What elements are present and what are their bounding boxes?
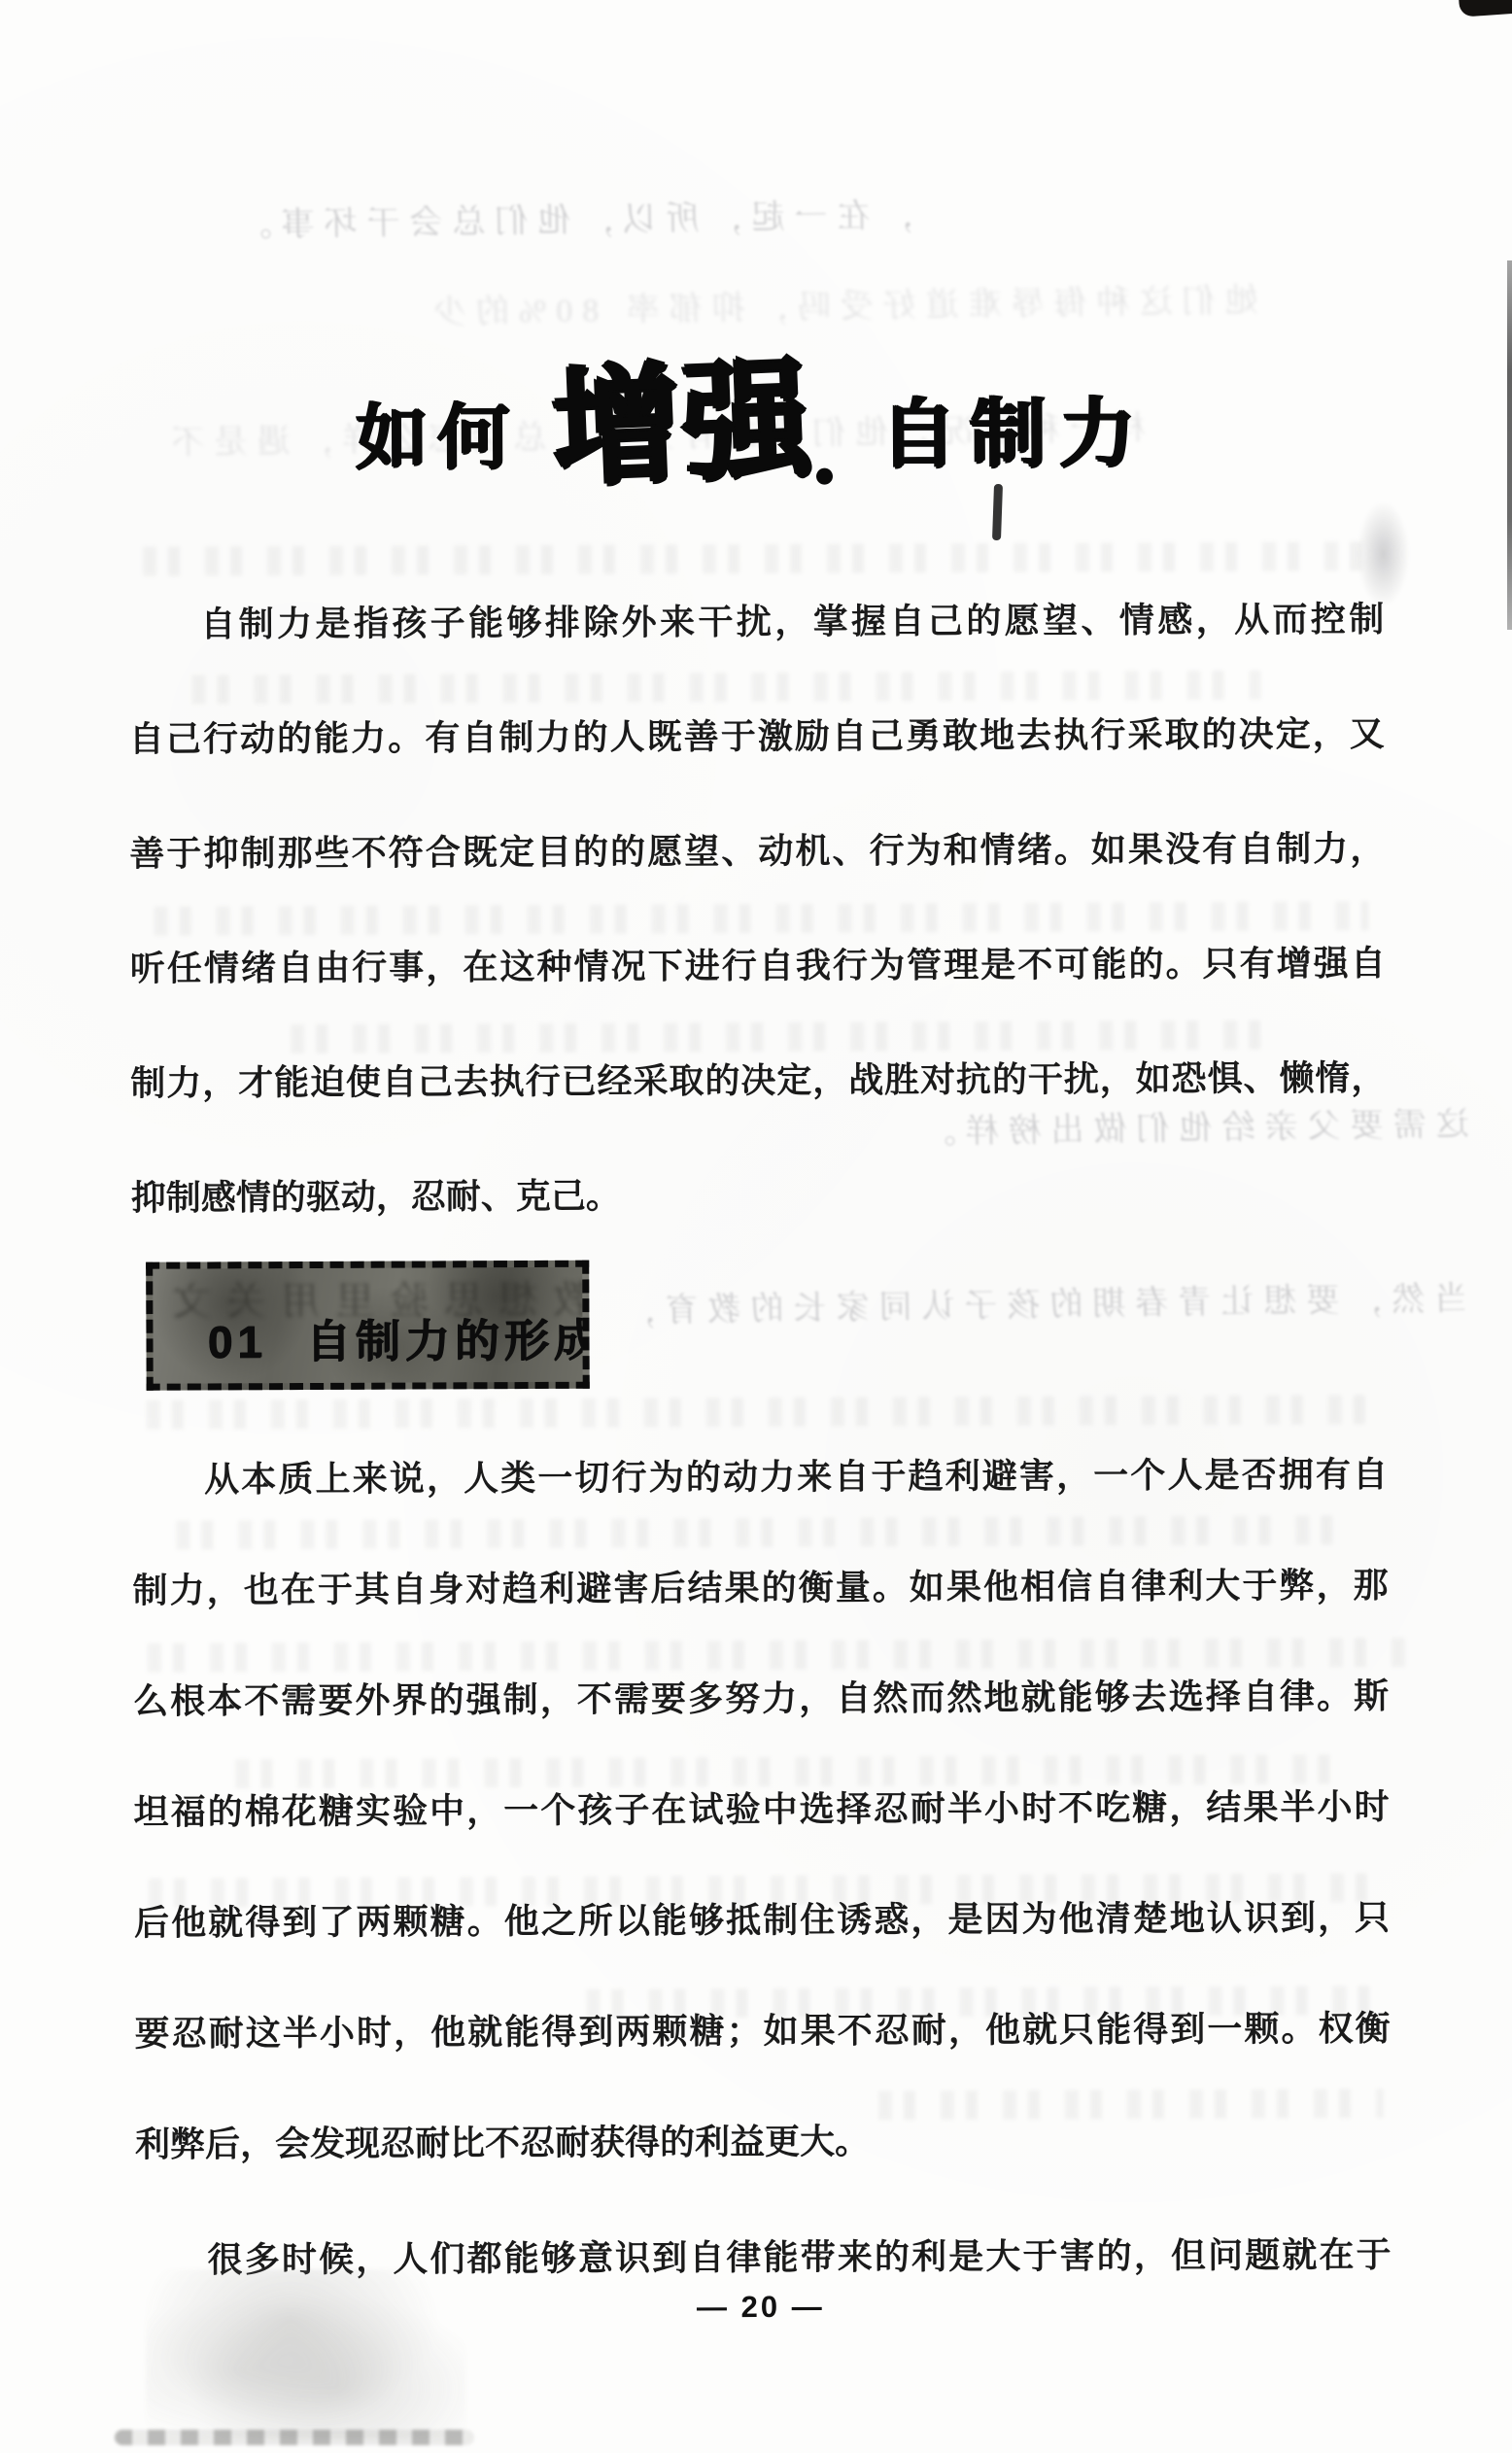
body-line: 后他就得到了两颗糖。他之所以能够抵制住诱惑，是因为他清楚地认识到，只 [134,1859,1390,1976]
section-header-box: 教想思验里用关文 01自制力的形成 [146,1261,590,1391]
section-header: 01自制力的形成 [153,1280,589,1371]
body-line: 自制力是指孩子能够排除外来干扰，掌握自己的愿望、情感，从而控制 [128,559,1385,679]
chapter-title-prefix: 如何 [356,380,519,484]
body-line: 自己行动的能力。有自制力的人既善于激励自己勇敢地去执行采取的决定，又 [129,674,1386,794]
body-line: 听任情绪自由行事，在这种情况下进行自我行为管理是不可能的。只有增强自 [130,903,1387,1023]
page-content: ，在一起，所以，他们总会干坏事。 她们这种侮辱难道好受吗，抑郁率 80%的少 样… [0,0,1512,2453]
scan-blot [146,2269,466,2439]
section-label: 自制力的形成 [306,1315,590,1366]
body-line: 坦福的棉花糖实验中，一个孩子在试验中选择忍耐半小时不吃糖，结果半小时 [133,1748,1389,1865]
body-line: 善于抑制那些不符合既定目的的愿望、动机、行为和情绪。如果没有自制力， [129,788,1386,909]
chapter-title-suffix: 自制力 [880,372,1150,482]
paragraph-2: 从本质上来说，人类一切行为的动力来自于趋利避害，一个人是否拥有自 制力，也在于其… [132,1416,1391,2197]
body-line: 抑制感情的驱动，忍耐、克己。 [131,1132,1388,1253]
paragraph-1: 自制力是指孩子能够排除外来干扰，掌握自己的愿望、情感，从而控制 自己行动的能力。… [128,559,1387,1253]
chapter-title: 如何 增强 自制力 [0,318,1509,509]
section-number: 01 [207,1316,266,1366]
body-line: 利弊后，会发现忍耐比不忍耐获得的利益更大。 [135,2081,1391,2197]
scan-smudge [1357,501,1410,607]
body-line: 要忍耐这半小时，他就能得到两颗糖；如果不忍耐，他就只能得到一颗。权衡 [134,1970,1390,2087]
body-line: 制力，才能迫使自己去执行已经采取的决定，战胜对抗的干扰，如恐惧、懒惰， [130,1018,1387,1138]
body-line: 么根本不需要外界的强制，不需要多努力，自然而然地就能够去选择自律。斯 [133,1638,1389,1754]
scanned-book-page: ，在一起，所以，他们总会干坏事。 她们这种侮辱难道好受吗，抑郁率 80%的少 样… [0,0,1512,2453]
scan-blot-streak [115,2430,474,2445]
body-line: 制力，也在于其自身对趋利避害后结果的衡量。如果他相信自律利大于弊，那 [132,1527,1388,1643]
bleedthrough-text: ，在一起，所以，他们总会干坏事。 [228,189,913,246]
body-line: 从本质上来说，人类一切行为的动力来自于趋利避害，一个人是否拥有自 [132,1416,1388,1533]
bleedthrough-text: 当然，要想让青春期的孩子认同家长的教育， [612,1271,1468,1331]
scan-edge-line [1507,260,1512,630]
chapter-title-emphasis: 增强 [549,316,816,510]
